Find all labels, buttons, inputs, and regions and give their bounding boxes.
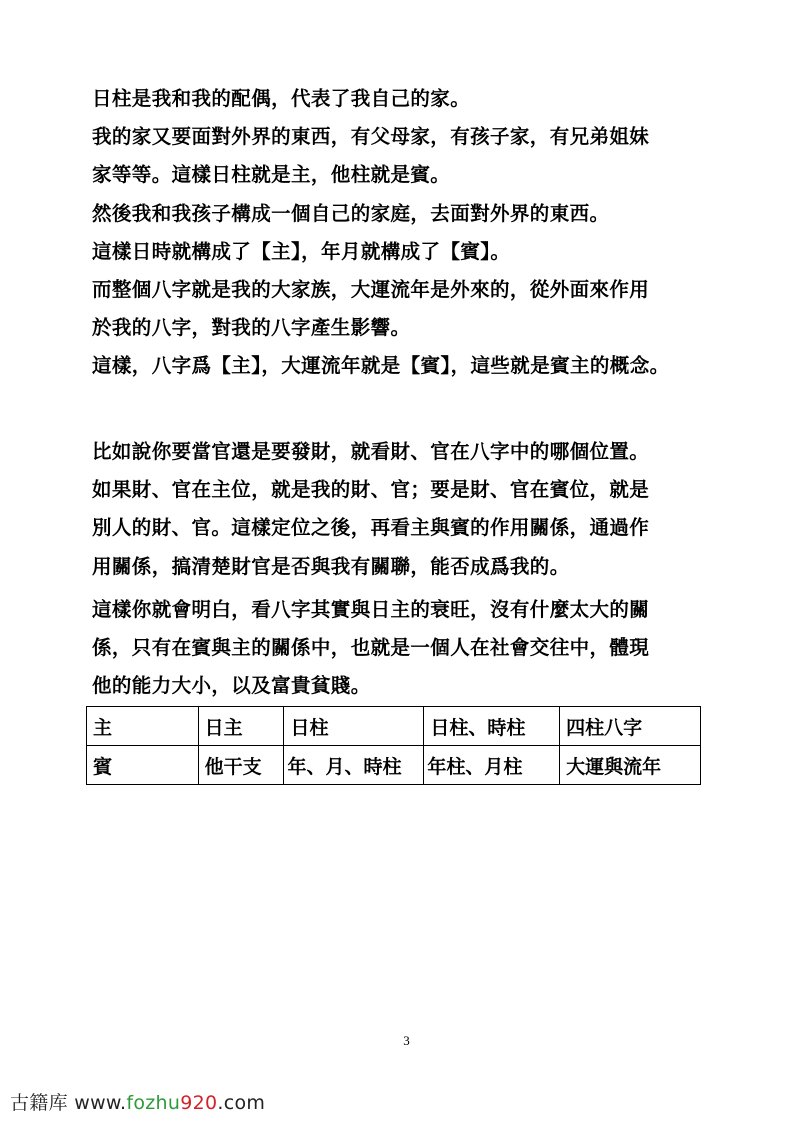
text-line: 於我的八字，對我的八字產生影響。 [92,309,704,347]
watermark-url-red: 920 [180,1092,217,1114]
text-line: 我的家又要面對外界的東西，有父母家，有孩子家，有兄弟姐妹 [92,118,704,156]
table-cell: 大運與流年 [560,746,701,785]
watermark-url-green: fozhu [126,1092,180,1114]
table-cell: 他干支 [198,746,284,785]
page-number: 3 [0,1033,793,1049]
table-row-guest: 賓 他干支 年、月、時柱 年柱、月柱 大運與流年 [87,746,701,785]
document-page: 日柱是我和我的配偶，代表了我自己的家。 我的家又要面對外界的東西，有父母家，有孩… [0,0,793,1122]
paragraph-host-guest-concept: 這樣，八字爲【主】，大運流年就是【賓】，這些就是賓主的概念。 [92,347,704,385]
table-cell: 日柱 [284,707,424,746]
paragraph-wealth-officer: 比如說你要當官還是要發財，就看財、官在八字中的哪個位置。 如果財、官在主位，就是… [92,433,704,586]
paragraph-own-family: 然後我和我孩子構成一個自己的家庭，去面對外界的東西。 [92,195,704,233]
text-line: 係，只有在賓與主的關係中，也就是一個人在社會交往中，體現 [92,629,704,667]
text-line: 比如說你要當官還是要發財，就看財、官在八字中的哪個位置。 [92,433,704,471]
table-cell: 年、月、時柱 [284,746,424,785]
watermark-url-prefix: www. [74,1092,126,1114]
text-line: 而整個八字就是我的大家族，大運流年是外來的，從外面來作用 [92,271,704,309]
text-line: 他的能力大小，以及富貴貧賤。 [92,667,704,705]
site-watermark: 古籍库 www.fozhu920.com [10,1088,265,1115]
paragraph-bazi-family: 而整個八字就是我的大家族，大運流年是外來的，從外面來作用 於我的八字，對我的八字… [92,271,704,347]
text-line: 日柱是我和我的配偶，代表了我自己的家。 [92,80,704,118]
paragraph-family-outside: 我的家又要面對外界的東西，有父母家，有孩子家，有兄弟姐妹 家等等。這樣日柱就是主… [92,118,704,194]
paragraph-conclusion: 這樣你就會明白，看八字其實與日主的衰旺，沒有什麼太大的關 係，只有在賓與主的關係… [92,591,704,706]
paragraph-host-guest-definition: 這樣日時就構成了【主】，年月就構成了【賓】。 [92,233,704,271]
text-line: 用關係，搞清楚財官是否與我有關聯，能否成爲我的。 [92,548,704,586]
watermark-site-name: 古籍库 [10,1092,68,1114]
table-cell: 日主 [198,707,284,746]
text-line: 這樣日時就構成了【主】，年月就構成了【賓】。 [92,233,704,271]
text-line: 然後我和我孩子構成一個自己的家庭，去面對外界的東西。 [92,195,704,233]
table-row-host: 主 日主 日柱 日柱、時柱 四柱八字 [87,707,701,746]
text-line: 別人的財、官。這樣定位之後，再看主與賓的作用關係，通過作 [92,509,704,547]
text-line: 這樣你就會明白，看八字其實與日主的衰旺，沒有什麼太大的關 [92,591,704,629]
host-guest-table: 主 日主 日柱 日柱、時柱 四柱八字 賓 他干支 年、月、時柱 年柱、月柱 大運… [86,706,701,785]
watermark-url-suffix: .com [217,1092,265,1114]
table-cell: 年柱、月柱 [424,746,560,785]
table-cell: 四柱八字 [560,707,701,746]
watermark-url: www.fozhu920.com [74,1092,265,1114]
table-cell: 主 [87,707,199,746]
table-cell: 賓 [87,746,199,785]
text-line: 這樣，八字爲【主】，大運流年就是【賓】，這些就是賓主的概念。 [92,347,704,385]
text-line: 家等等。這樣日柱就是主，他柱就是賓。 [92,156,704,194]
table-cell: 日柱、時柱 [424,707,560,746]
text-line: 如果財、官在主位，就是我的財、官；要是財、官在賓位，就是 [92,471,704,509]
paragraph-day-pillar: 日柱是我和我的配偶，代表了我自己的家。 [92,80,704,118]
